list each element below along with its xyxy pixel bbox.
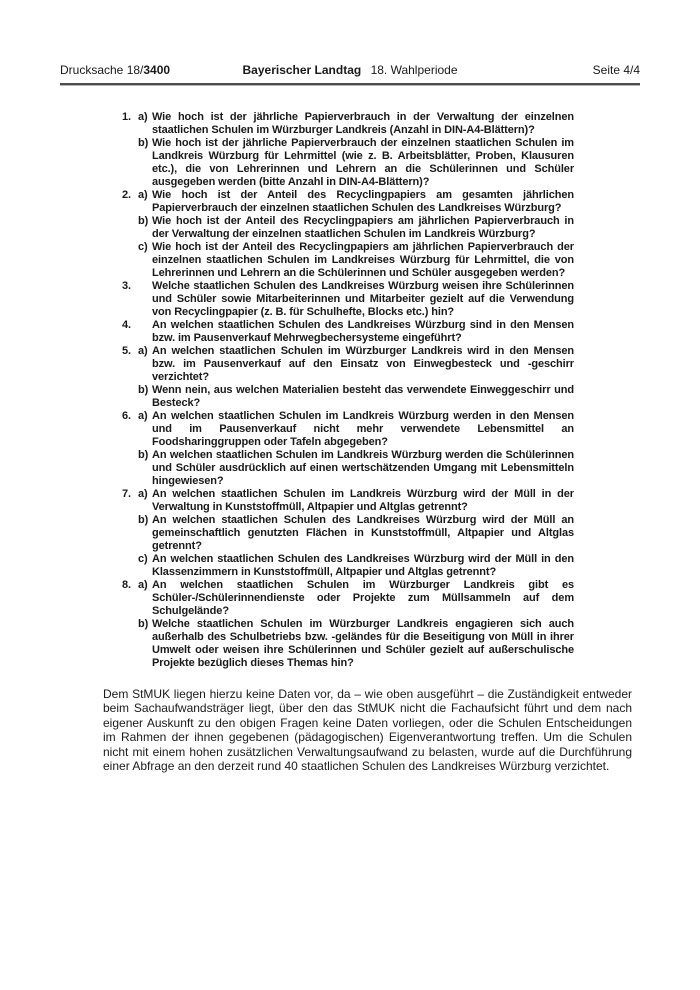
question-number xyxy=(122,215,138,241)
legislative-period: 18. Wahlperiode xyxy=(371,63,458,77)
question-text: Wie hoch ist der Anteil des Recyclingpap… xyxy=(152,189,574,215)
question-label: b) xyxy=(122,137,152,189)
question-item: 8. a) An welchen staatlichen Schulen im … xyxy=(122,579,574,618)
question-item: 4. An welchen staatlichen Schulen des La… xyxy=(122,319,574,345)
question-text: Wie hoch ist der Anteil des Recyclingpap… xyxy=(152,241,574,280)
document-page: Drucksache 18/3400 Bayerischer Landtag 1… xyxy=(0,0,700,990)
question-label: 7. a) xyxy=(122,488,152,514)
question-letter: a) xyxy=(138,189,152,215)
question-letter: a) xyxy=(138,579,152,618)
question-letter: a) xyxy=(138,410,152,449)
question-letter: b) xyxy=(138,618,152,670)
question-number xyxy=(122,553,138,579)
parliament-title: Bayerischer Landtag xyxy=(243,63,362,77)
question-text: An welchen staatlichen Schulen im Landkr… xyxy=(152,410,574,449)
question-label: 6. a) xyxy=(122,410,152,449)
question-number: 6. xyxy=(122,410,138,449)
question-text: Wie hoch ist der jährliche Papierverbrau… xyxy=(152,137,574,189)
question-label: b) xyxy=(122,514,152,553)
question-text: An welchen staatlichen Schulen des Landk… xyxy=(152,319,574,345)
question-number: 3. xyxy=(122,280,138,319)
question-number: 1. xyxy=(122,111,138,137)
question-item: 1. a) Wie hoch ist der jährliche Papierv… xyxy=(122,111,574,137)
doc-number-value: 3400 xyxy=(143,63,170,77)
question-number xyxy=(122,449,138,488)
question-letter: b) xyxy=(138,384,152,410)
header-rule xyxy=(60,83,640,86)
question-label: 2. a) xyxy=(122,189,152,215)
closing-paragraph: Dem StMUK liegen hierzu keine Daten vor,… xyxy=(103,687,632,773)
question-text: An welchen staatlichen Schulen im Landkr… xyxy=(152,488,574,514)
question-label: b) xyxy=(122,618,152,670)
question-item: b) Wenn nein, aus welchen Materialien be… xyxy=(122,384,574,410)
question-number xyxy=(122,241,138,280)
question-letter xyxy=(138,319,152,345)
question-item: b) An welchen staatlichen Schulen des La… xyxy=(122,514,574,553)
question-item: 7. a) An welchen staatlichen Schulen im … xyxy=(122,488,574,514)
question-item: 5. a) An welchen staatlichen Schulen im … xyxy=(122,345,574,384)
doc-number-prefix: Drucksache 18/ xyxy=(60,63,143,77)
question-label: c) xyxy=(122,553,152,579)
question-label: 1. a) xyxy=(122,111,152,137)
question-number: 7. xyxy=(122,488,138,514)
question-letter: b) xyxy=(138,449,152,488)
question-letter: b) xyxy=(138,514,152,553)
question-label: 3. xyxy=(122,280,152,319)
question-item: b) Wie hoch ist der jährliche Papierverb… xyxy=(122,137,574,189)
question-item: 3. Welche staatlichen Schulen des Landkr… xyxy=(122,280,574,319)
question-letter: a) xyxy=(138,488,152,514)
document-body: 1. a) Wie hoch ist der jährliche Papierv… xyxy=(0,111,700,785)
question-text: An welchen staatlichen Schulen im Landkr… xyxy=(152,449,574,488)
question-letter: a) xyxy=(138,345,152,384)
question-label: b) xyxy=(122,449,152,488)
question-item: c) An welchen staatlichen Schulen des La… xyxy=(122,553,574,579)
question-text: An welchen staatlichen Schulen des Landk… xyxy=(152,553,574,579)
question-number xyxy=(122,514,138,553)
question-letter: c) xyxy=(138,553,152,579)
question-list: 1. a) Wie hoch ist der jährliche Papierv… xyxy=(122,111,574,670)
question-text: Welche staatlichen Schulen des Landkreis… xyxy=(152,280,574,319)
question-text: Wenn nein, aus welchen Materialien beste… xyxy=(152,384,574,410)
question-number xyxy=(122,384,138,410)
question-text: Wie hoch ist der jährliche Papierverbrau… xyxy=(152,111,574,137)
question-letter: c) xyxy=(138,241,152,280)
question-label: 8. a) xyxy=(122,579,152,618)
question-number: 4. xyxy=(122,319,138,345)
question-text: An welchen staatlichen Schulen des Landk… xyxy=(152,514,574,553)
question-item: c) Wie hoch ist der Anteil des Recycling… xyxy=(122,241,574,280)
question-item: b) Wie hoch ist der Anteil des Recycling… xyxy=(122,215,574,241)
page-indicator: Seite 4/4 xyxy=(458,63,641,78)
question-letter: b) xyxy=(138,137,152,189)
question-letter: a) xyxy=(138,111,152,137)
question-item: b) An welchen staatlichen Schulen im Lan… xyxy=(122,449,574,488)
question-letter: b) xyxy=(138,215,152,241)
question-item: b) Welche staatlichen Schulen im Würzbur… xyxy=(122,618,574,670)
question-label: 5. a) xyxy=(122,345,152,384)
question-label: 4. xyxy=(122,319,152,345)
question-text: Wie hoch ist der Anteil des Recyclingpap… xyxy=(152,215,574,241)
page-header: Drucksache 18/3400 Bayerischer Landtag 1… xyxy=(60,63,640,78)
doc-number: Drucksache 18/3400 xyxy=(60,63,243,78)
header-center: Bayerischer Landtag 18. Wahlperiode xyxy=(243,63,458,78)
question-text: An welchen staatlichen Schulen im Würzbu… xyxy=(152,345,574,384)
question-letter xyxy=(138,280,152,319)
question-number: 2. xyxy=(122,189,138,215)
question-label: c) xyxy=(122,241,152,280)
question-label: b) xyxy=(122,384,152,410)
question-number: 8. xyxy=(122,579,138,618)
question-number xyxy=(122,137,138,189)
question-item: 2. a) Wie hoch ist der Anteil des Recycl… xyxy=(122,189,574,215)
question-label: b) xyxy=(122,215,152,241)
question-text: An welchen staatlichen Schulen im Würzbu… xyxy=(152,579,574,618)
question-item: 6. a) An welchen staatlichen Schulen im … xyxy=(122,410,574,449)
question-number xyxy=(122,618,138,670)
question-text: Welche staatlichen Schulen im Würzburger… xyxy=(152,618,574,670)
question-number: 5. xyxy=(122,345,138,384)
